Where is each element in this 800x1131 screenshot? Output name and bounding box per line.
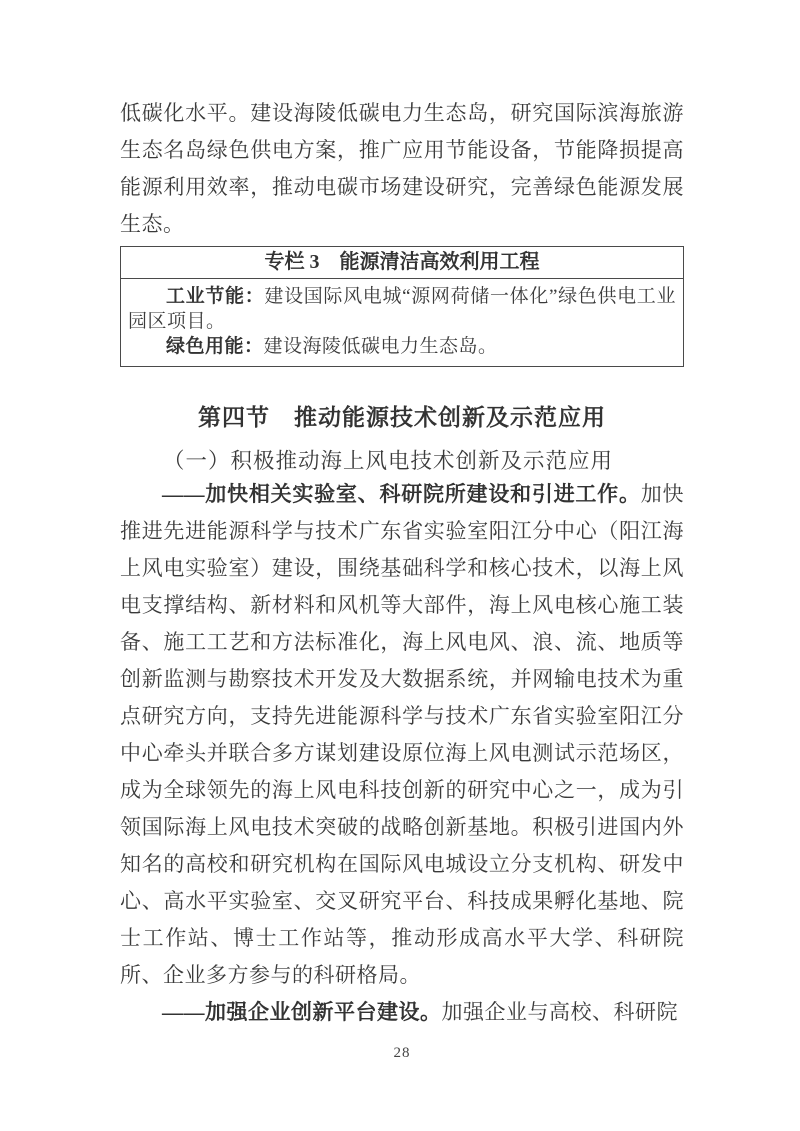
callout-item-label: 绿色用能： [166, 336, 264, 357]
document-page: 低碳化水平。建设海陵低碳电力生态岛，研究国际滨海旅游生态名岛绿色供电方案，推广应… [0, 0, 800, 1131]
paragraph-lead: ——加快相关实验室、科研院所建设和引进工作。 [162, 482, 641, 506]
callout-item-text: 建设海陵低碳电力生态岛。 [264, 336, 498, 357]
paragraph-lead: ——加强企业创新平台建设。 [162, 1000, 442, 1024]
paragraph-text: 加快推进先进能源科学与技术广东省实验室阳江分中心（阳江海上风电实验室）建设，围绕… [120, 482, 684, 987]
intro-paragraph: 低碳化水平。建设海陵低碳电力生态岛，研究国际滨海旅游生态名岛绿色供电方案，推广应… [120, 95, 684, 243]
paragraph-text: 加强企业与高校、科研院 [442, 1000, 679, 1024]
callout-item: 工业节能：建设国际风电城“源网荷储一体化”绿色供电工业园区项目。 [128, 284, 676, 334]
body-paragraph: ——加强企业创新平台建设。加强企业与高校、科研院 [120, 994, 684, 1031]
callout-box: 专栏 3 能源清洁高效利用工程 工业节能：建设国际风电城“源网荷储一体化”绿色供… [120, 246, 684, 367]
page-number: 28 [120, 1045, 684, 1062]
callout-box-body: 工业节能：建设国际风电城“源网荷储一体化”绿色供电工业园区项目。 绿色用能：建设… [121, 279, 683, 366]
subsection-heading: （一）积极推动海上风电技术创新及示范应用 [120, 446, 684, 476]
section-heading: 第四节 推动能源技术创新及示范应用 [120, 403, 684, 433]
document-content: 低碳化水平。建设海陵低碳电力生态岛，研究国际滨海旅游生态名岛绿色供电方案，推广应… [0, 0, 800, 1062]
callout-box-title: 专栏 3 能源清洁高效利用工程 [121, 247, 683, 279]
callout-item-label: 工业节能： [166, 286, 264, 307]
body-paragraph: ——加快相关实验室、科研院所建设和引进工作。加快推进先进能源科学与技术广东省实验… [120, 476, 684, 994]
callout-item: 绿色用能：建设海陵低碳电力生态岛。 [128, 334, 676, 359]
